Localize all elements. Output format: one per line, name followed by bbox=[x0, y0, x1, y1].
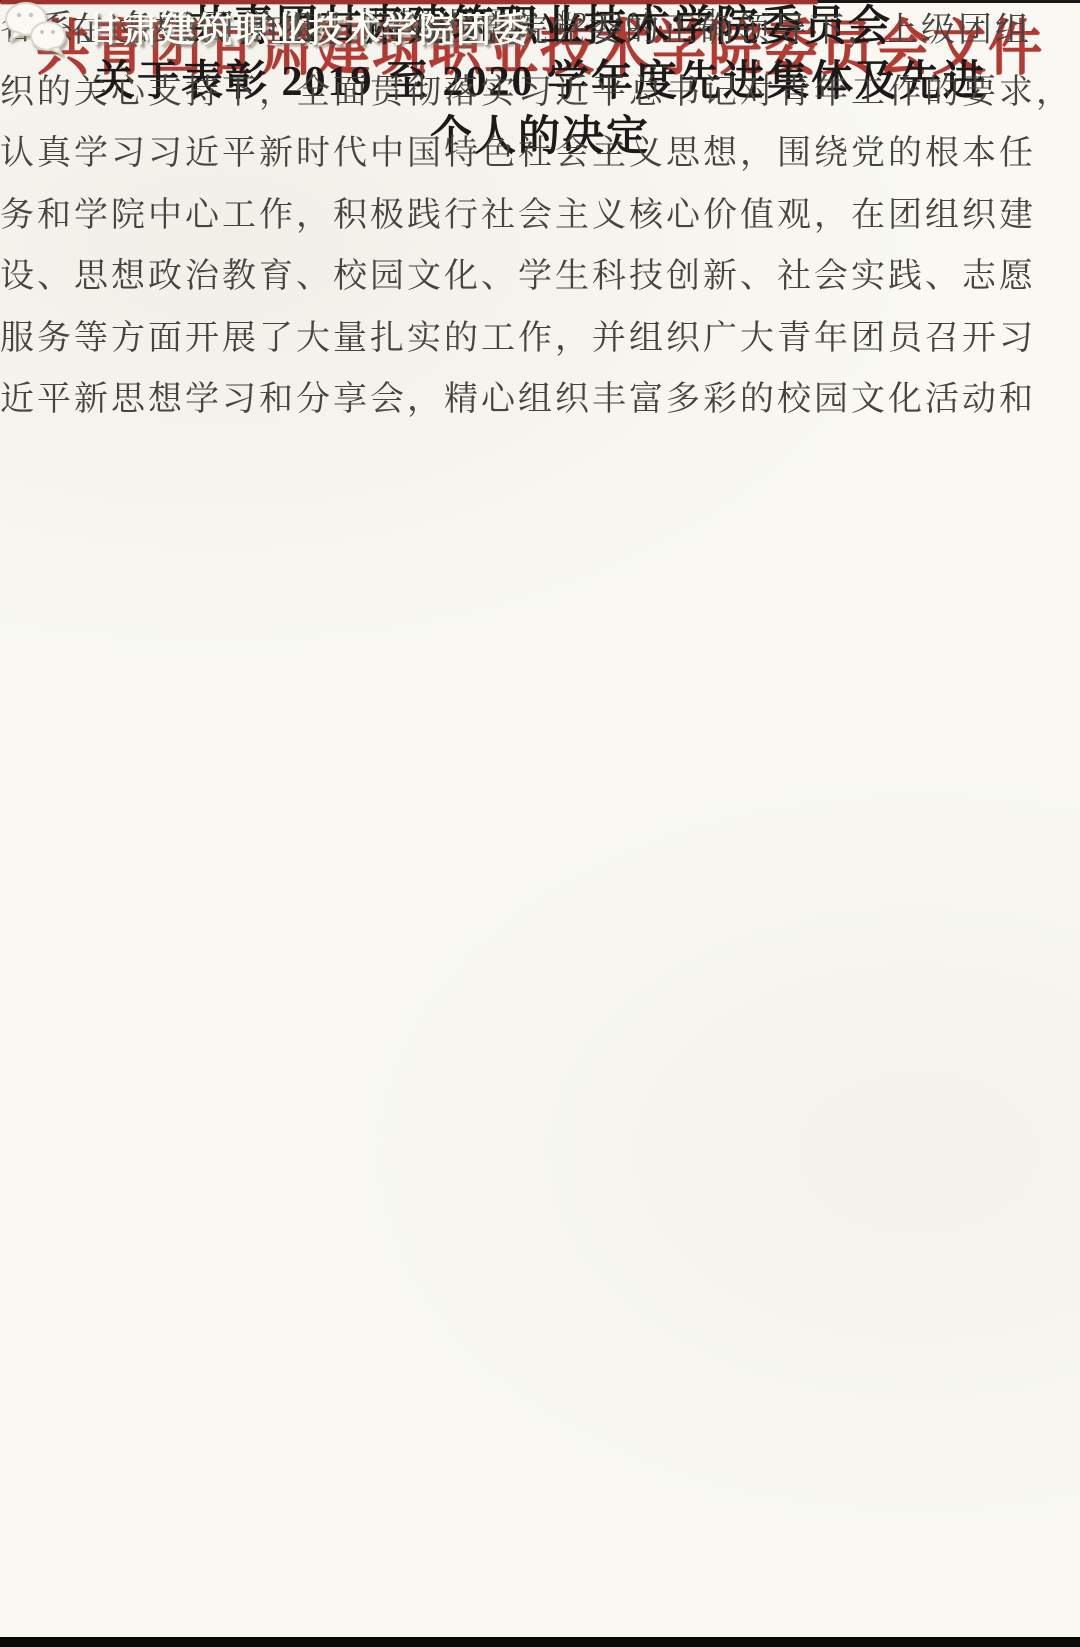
scanned-document-page: 共青团甘肃建筑职业技术学院委员会文件 甘建职院团发〔2020〕1号 共青团甘肃建… bbox=[0, 0, 1080, 1647]
paragraph-line: 务和学院中心工作，积极践行社会主义核心价值观，在团组织建 bbox=[0, 185, 822, 247]
wechat-icon bbox=[0, 0, 74, 56]
account-watermark: 甘肃建筑职业技术学院团委 bbox=[0, 0, 530, 56]
paragraph-line: 设、思想政治教育、校园文化、学生科技创新、社会实践、志愿 bbox=[0, 246, 822, 308]
paragraph-line: 服务等方面开展了大量扎实的工作，并组织广大青年团员召开习 bbox=[0, 308, 822, 370]
watermark-account-name: 甘肃建筑职业技术学院团委 bbox=[86, 3, 530, 53]
body-paragraph: 在过去的一年里，团委在学院党委的正确领导下，上级团组 织的关心支持下，全面贯彻落… bbox=[0, 0, 822, 431]
paragraph-line: 近平新思想学习和分享会，精心组织丰富多彩的校园文化活动和 bbox=[0, 369, 822, 431]
scan-bottom-edge bbox=[0, 1637, 1080, 1647]
paragraph-line: 织的关心支持下，全面贯彻落实习近平总书记对青年工作的要求， bbox=[0, 62, 822, 124]
paragraph-line: 认真学习习近平新时代中国特色社会主义思想，围绕党的根本任 bbox=[0, 123, 822, 185]
